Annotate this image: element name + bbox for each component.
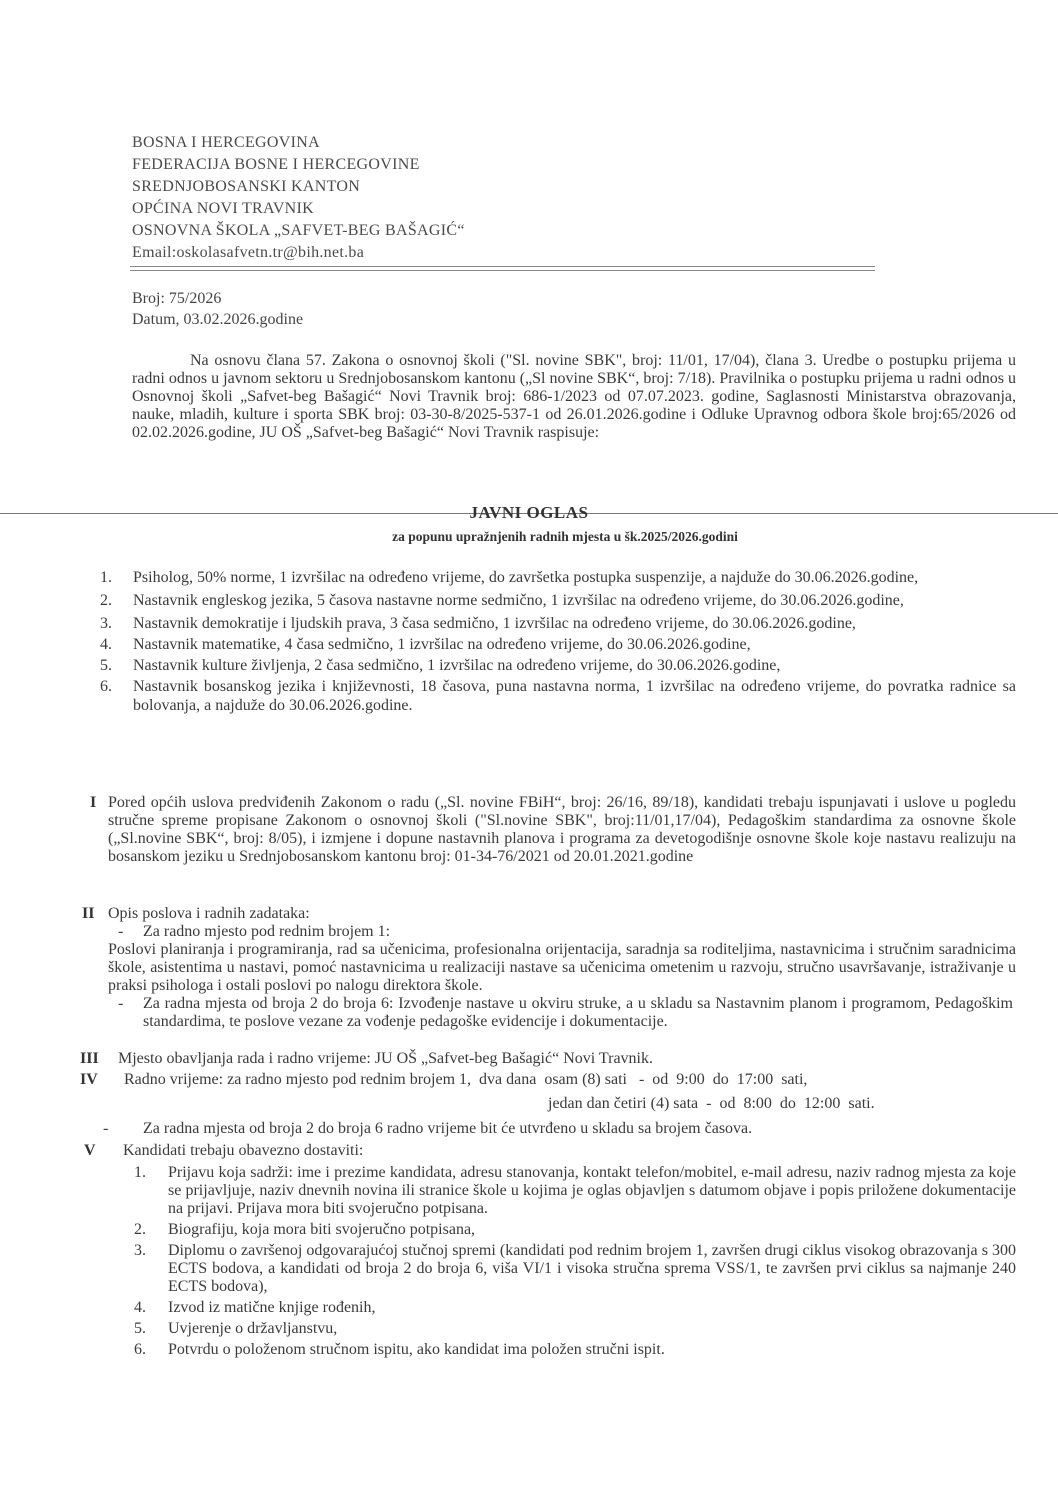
section-ii-heading: Opis poslova i radnih zadataka: [108,905,310,923]
section-iii-text: Mjesto obavljanja rada i radno vrijeme: … [118,1050,653,1068]
header-double-rule [130,266,875,271]
document-item: 4.Izvod iz matične knjige rođenih, [134,1299,1016,1317]
dash-bullet: - [103,1120,108,1138]
document-number: Broj: 75/2026 [132,290,221,308]
position-item: 3.Nastavnik demokratije i ljudskih prava… [100,614,1016,633]
document-subtitle: za popunu upražnjenih radnih mjesta u šk… [0,529,1058,545]
header-school: OSNOVNA ŠKOLA „SAFVET-BEG BAŠAGIĆ“ [132,222,465,240]
dash-bullet: - [118,995,123,1013]
required-documents-list: 1.Prijavu koja sadrži: ime i prezime kan… [134,1164,1016,1362]
section-iv-line1: Radno vrijeme: za radno mjesto pod redni… [124,1071,807,1089]
document-item: 3.Diplomu o završenoj odgovarajućoj stuč… [134,1242,1016,1296]
position-item: 4.Nastavnik matematike, 4 časa sedmično,… [100,635,1016,654]
section-iii-label: III [80,1050,99,1068]
document-title: JAVNI OGLAS [0,503,1058,523]
section-i-label: I [90,794,96,812]
section-ii-sub2-text: Za radna mjesta od broja 2 do broja 6: I… [143,995,1013,1031]
dash-bullet: - [118,923,123,941]
position-item: 6.Nastavnik bosanskog jezika i književno… [100,677,1016,715]
position-item: 2.Nastavnik engleskog jezika, 5 časova n… [100,591,1016,610]
document-item: 5.Uvjerenje o državljanstvu, [134,1320,1016,1338]
section-iv-label: IV [80,1071,98,1089]
intro-text: Na osnovu člana 57. Zakona o osnovnoj šk… [132,352,1016,441]
header-email: Email:oskolasafvetn.tr@bih.net.ba [132,244,364,262]
section-v-heading: Kandidati trebaju obavezno dostaviti: [123,1142,363,1160]
position-item: 5.Nastavnik kulture življenja, 2 časa se… [100,656,1016,675]
positions-list: 1.Psiholog, 50% norme, 1 izvršilac na od… [100,568,1016,717]
position-item: 1.Psiholog, 50% norme, 1 izvršilac na od… [100,568,1016,587]
document-item: 1.Prijavu koja sadrži: ime i prezime kan… [134,1164,1016,1218]
section-ii-sub1-label: Za radno mjesto pod rednim brojem 1: [143,923,390,941]
header-federation: FEDERACIJA BOSNE I HERCEGOVINE [132,156,420,174]
header-country: BOSNA I HERCEGOVINA [132,134,320,152]
document-item: 2.Biografiju, koja mora biti svojeručno … [134,1221,1016,1239]
section-iv-line2: jedan dan četiri (4) sata - od 8:00 do 1… [548,1095,875,1113]
section-iv-line3: Za radna mjesta od broja 2 do broja 6 ra… [143,1120,752,1138]
section-ii-label: II [82,905,94,923]
header-canton: SREDNJOBOSANSKI KANTON [132,178,360,196]
intro-paragraph: Na osnovu člana 57. Zakona o osnovnoj šk… [132,352,1016,442]
section-ii-sub1-text: Poslovi planiranja i programiranja, rad … [108,941,1016,995]
document-date: Datum, 03.02.2026.godine [132,311,303,329]
section-v-label: V [84,1142,96,1160]
header-municipality: OPĆINA NOVI TRAVNIK [132,200,314,218]
section-i-text: Pored općih uslova predviđenih Zakonom o… [108,794,1016,866]
document-item: 6.Potvrdu o položenom stručnom ispitu, a… [134,1341,1016,1359]
